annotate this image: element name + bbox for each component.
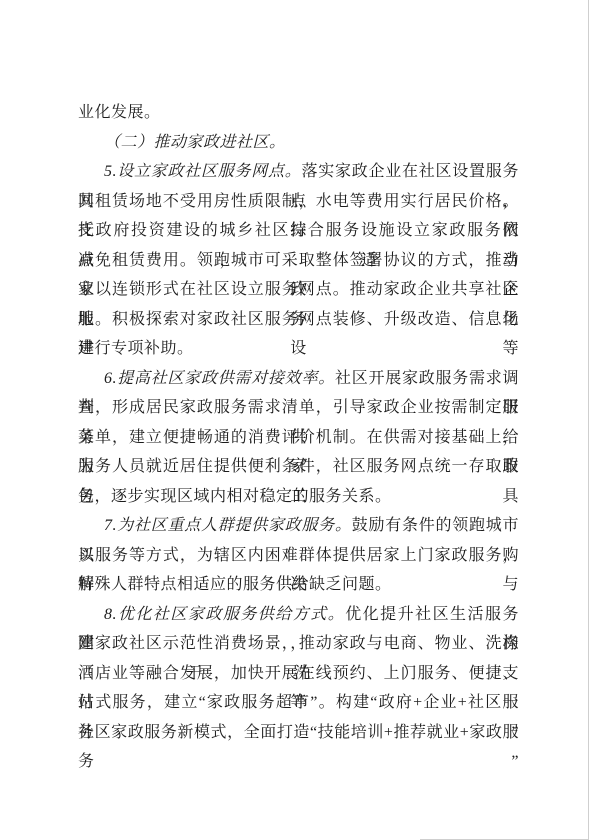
text-segment-kai: 8.优化社区家政服务供给方式。 [104,606,345,623]
text-line: 地。积极探索对家政社区服务网点装修、升级改造、信息化建设等 [78,305,519,335]
text-line: 业以连锁形式在社区设立服务网点。推动家政企业共享社区服务场 [78,275,519,305]
text-line: 业化发展。 [78,98,519,128]
text-segment-song: 社区家政服务新模式，全面打造“技能培训+推荐就业+家政服务” [78,724,519,771]
text-line: 买服务等方式，为辖区内困难群体提供居家上门家政服务，解决与 [78,541,519,571]
text-line: 站式服务，建立“家政服务超市”。构建“政府+企业+社区服务” [78,688,519,718]
text-segment-kai: （二）推动家政进社区。 [104,134,286,151]
text-line: 其租赁场地不受用房性质限制，水电等费用实行居民价格。支持依 [78,187,519,217]
document-page: 业化发展。（二）推动家政进社区。5.设立家政社区服务网点。落实家政企业在社区设置… [0,0,597,840]
text-segment-kai: 7.为社区重点人群提供家政服务。 [104,517,352,534]
text-segment-kai: 5.设立家政社区服务网点。 [104,163,302,180]
text-line: 托政府投资建设的城乡社区综合服务设施设立家政服务网点，适当 [78,216,519,246]
text-line: 判，形成居民家政服务需求清单，引导家政企业按需制定服务供给 [78,393,519,423]
text-line: 服务人员就近居住提供便利条件，社区服务网点统一存取服务工具 [78,452,519,482]
text-line: 7.为社区重点人群提供家政服务。鼓励有条件的领跑城市以购 [78,511,519,541]
text-segment-song: 特殊人群特点相适应的服务供给缺乏问题。 [78,576,392,593]
text-line: 菜单，建立便捷畅通的消费评价机制。在供需对接基础上，为家政 [78,423,519,453]
text-segment-song: 业化发展。 [78,104,161,121]
text-line: 社区家政服务新模式，全面打造“技能培训+推荐就业+家政服务” [78,718,519,748]
text-segment-song: 进行专项补助。 [78,340,194,357]
text-line: 5.设立家政社区服务网点。落实家政企业在社区设置服务网点， [78,157,519,187]
text-line: 减免租赁费用。领跑城市可采取整体签署协议的方式，推动家政企 [78,246,519,276]
text-segment-kai: 6.提高社区家政供需对接效率。 [104,370,335,387]
text-line: 6.提高社区家政供需对接效率。社区开展家政服务需求调查研 [78,364,519,394]
page-right-edge [588,0,589,840]
text-line: 建家政社区示范性消费场景，推动家政与电商、物业、洗涤（干洗）、 [78,629,519,659]
text-line: （二）推动家政进社区。 [78,128,519,158]
text-segment-song: 包，逐步实现区域内相对稳定的服务关系。 [78,488,392,505]
text-line: 8.优化社区家政服务供给方式。优化提升社区生活服务圈，构 [78,600,519,630]
text-line: 酒店业等融合发展，加快开展在线预约、上门服务、便捷支付等一 [78,659,519,689]
document-text: 业化发展。（二）推动家政进社区。5.设立家政社区服务网点。落实家政企业在社区设置… [78,98,519,747]
